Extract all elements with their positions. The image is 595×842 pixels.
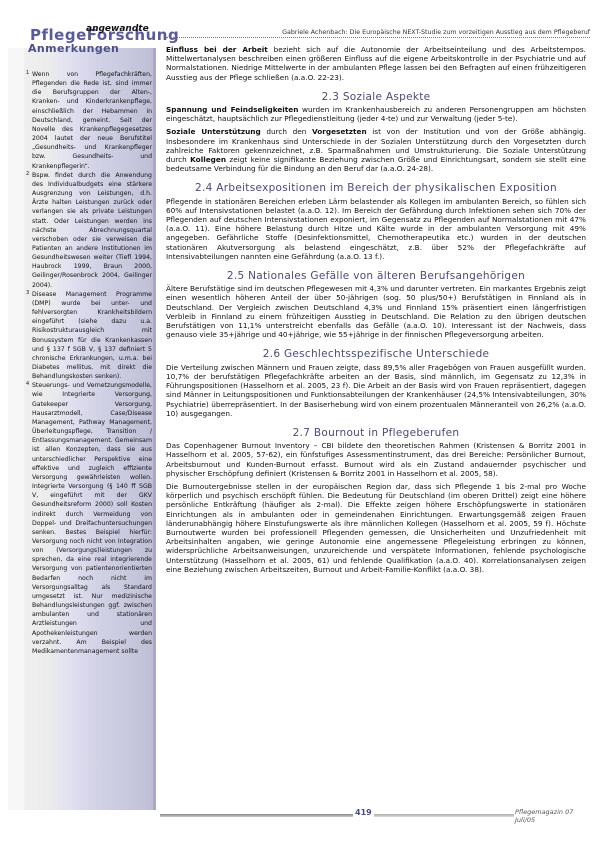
paragraph: Die Verteilung zwischen Männern und Frau…	[166, 363, 586, 418]
footnote-text: Disease Management Programme (DMP) wurde…	[32, 291, 152, 380]
bold-term: Vorgesetzten	[312, 127, 367, 136]
footnote-text: Wenn von Pflegefachkräften, Pflegenden d…	[32, 71, 152, 170]
footnote-number: 3	[26, 289, 29, 298]
paragraph-text: durch den	[261, 127, 312, 136]
intro-paragraph: Einfluss bei der Arbeit bezieht sich auf…	[166, 45, 586, 82]
bold-term: Soziale Unterstützung	[166, 127, 261, 136]
footnote: 2Bspw. findet durch die Anwendung des In…	[26, 171, 152, 290]
footnote-number: 2	[26, 170, 29, 179]
footnotes-column: 1Wenn von Pflegefachkräften, Pflegenden …	[26, 70, 152, 656]
section-heading: 2.4 Arbeitsexpositionen im Bereich der p…	[166, 184, 586, 193]
page-number: 419	[353, 808, 374, 817]
footnote-text: Steuerungs- und Vernetzungsmodelle, wie …	[32, 382, 152, 655]
footnote: 4Steuerungs- und Vernetzungsmodelle, wie…	[26, 381, 152, 656]
footnote-number: 1	[26, 69, 29, 78]
footnote: 3Disease Management Programme (DMP) wurd…	[26, 290, 152, 382]
footnote-number: 4	[26, 380, 29, 389]
journal-issue: Pflegemagazin 07 Juli/05	[515, 808, 595, 824]
paragraph: Pflegende in stationären Bereichen erleb…	[166, 197, 586, 261]
sidebar-divider	[153, 48, 156, 810]
footer-rule	[364, 814, 514, 817]
paragraph: Soziale Unterstützung durch den Vorgeset…	[166, 127, 586, 173]
paragraph: Spannung und Feindseligkeiten wurden im …	[166, 105, 586, 123]
journal-logo-overlay: angewandte	[86, 24, 149, 34]
paragraph: Die Burnoutergebnisse stellen in der eur…	[166, 482, 586, 574]
running-title: Gabriele Achenbach: Die Europäische NEXT…	[166, 29, 590, 38]
section-heading: 2.7 Bournout in Pflegeberufen	[166, 429, 586, 438]
bold-term: Spannung und Feindseligkeiten	[166, 105, 298, 114]
bold-term: Einfluss bei der Arbeit	[166, 45, 268, 54]
section-heading: 2.5 Nationales Gefälle von älteren Beruf…	[166, 272, 586, 281]
paragraph: Das Copenhagener Burnout Inventory – CBI…	[166, 441, 586, 478]
notes-title: Anmerkungen	[28, 42, 119, 55]
footnote-text: Bspw. findet durch die Anwendung des Ind…	[32, 172, 152, 289]
bold-term: Kollegen	[190, 155, 226, 164]
section-heading: 2.6 Geschlechtsspezifische Unterschiede	[166, 350, 586, 359]
paragraph: Ältere Berufstätige sind im deutschen Pf…	[166, 284, 586, 339]
main-column: Einfluss bei der Arbeit bezieht sich auf…	[166, 45, 586, 578]
section-heading: 2.3 Soziale Aspekte	[166, 93, 586, 102]
paragraph-text: zeigt keine signifikante Beziehung zwisc…	[166, 155, 586, 173]
footnote: 1Wenn von Pflegefachkräften, Pflegenden …	[26, 70, 152, 171]
